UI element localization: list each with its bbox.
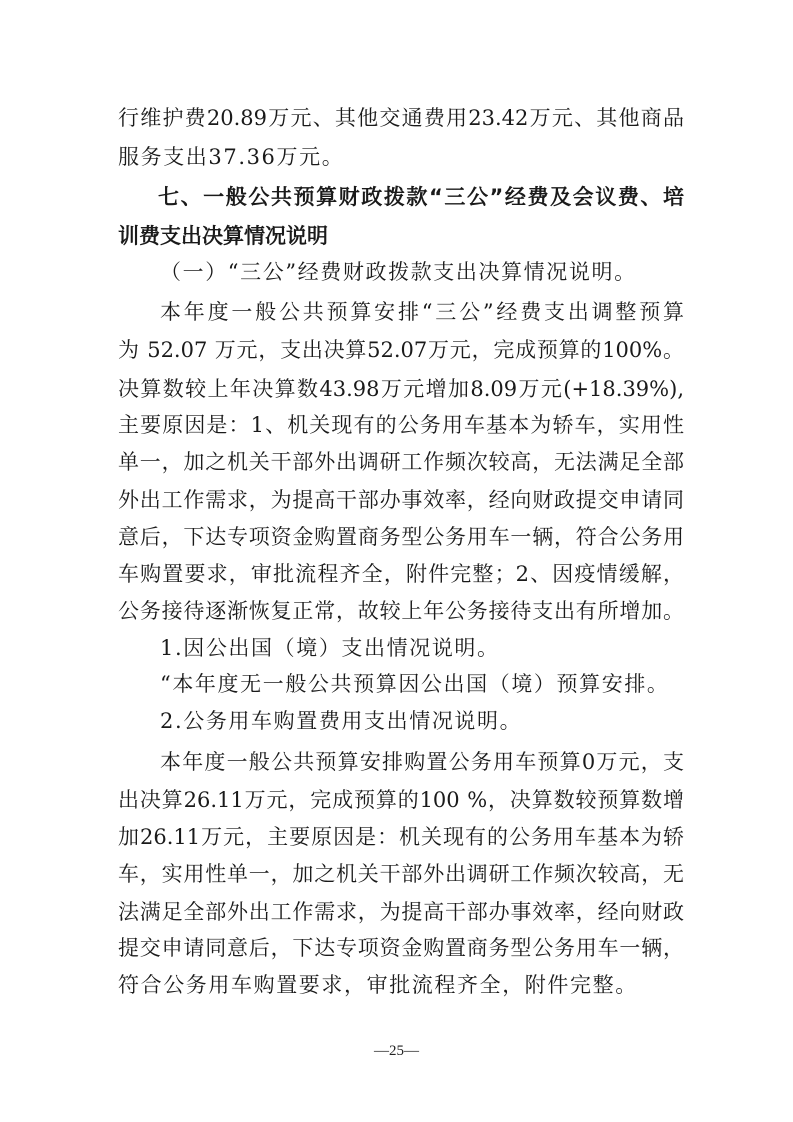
- section-heading: 训费支出决算情况说明: [118, 224, 684, 248]
- paragraph-line: 服务支出37.36万元。: [118, 145, 684, 169]
- paragraph-line: 符合公务用车购置要求，审批流程齐全，附件完整。: [118, 973, 684, 997]
- paragraph-line: 主要原因是：1、机关现有的公务用车基本为轿车，实用性: [118, 413, 684, 437]
- paragraph-line: 出决算26.11万元，完成预算的100 %，决算数较预算数增: [118, 788, 684, 812]
- page-number: —25—: [0, 1043, 793, 1060]
- paragraph-line: 行维护费20.89万元、其他交通费用23.42万元、其他商品: [118, 106, 684, 130]
- paragraph-line: 法满足全部外出工作需求，为提高干部办事效率，经向财政: [118, 900, 684, 924]
- paragraph-line: 单一，加之机关干部外出调研工作频次较高，无法满足全部: [118, 450, 684, 474]
- subsection-heading: 1.因公出国（境）支出情况说明。: [160, 636, 726, 660]
- paragraph-line: 外出工作需求，为提高干部办事效率，经向财政提交申请同: [118, 488, 684, 512]
- paragraph-line: 加26.11万元，主要原因是：机关现有的公务用车基本为轿: [118, 825, 684, 849]
- paragraph-line: 为 52.07 万元，支出决算52.07万元，完成预算的100%。: [118, 338, 684, 362]
- paragraph-line: 提交申请同意后，下达专项资金购置商务型公务用车一辆，: [118, 936, 684, 960]
- paragraph-line: 车购置要求，审批流程齐全，附件完整；2、因疫情缓解，: [118, 562, 684, 586]
- paragraph-line: 决算数较上年决算数43.98万元增加8.09万元(+18.39%),: [118, 377, 684, 401]
- section-heading: 七、一般公共预算财政拨款“三公”经费及会议费、培: [158, 185, 684, 209]
- paragraph-line: 本年度一般公共预算安排购置公务用车预算0万元，支: [160, 750, 684, 774]
- subsection-heading: 2.公务用车购置费用支出情况说明。: [160, 709, 726, 733]
- paragraph-line: 车，实用性单一，加之机关干部外出调研工作频次较高，无: [118, 862, 684, 886]
- paragraph-line: 本年度一般公共预算安排“三公”经费支出调整预算: [160, 300, 684, 324]
- paragraph-line: “本年度无一般公共预算因公出国（境）预算安排。: [160, 672, 726, 696]
- paragraph-line: 公务接待逐渐恢复正常，故较上年公务接待支出有所增加。: [118, 599, 684, 623]
- paragraph-line: 意后，下达专项资金购置商务型公务用车一辆，符合公务用: [118, 525, 684, 549]
- subsection-heading: （一）“三公”经费财政拨款支出决算情况说明。: [160, 260, 726, 284]
